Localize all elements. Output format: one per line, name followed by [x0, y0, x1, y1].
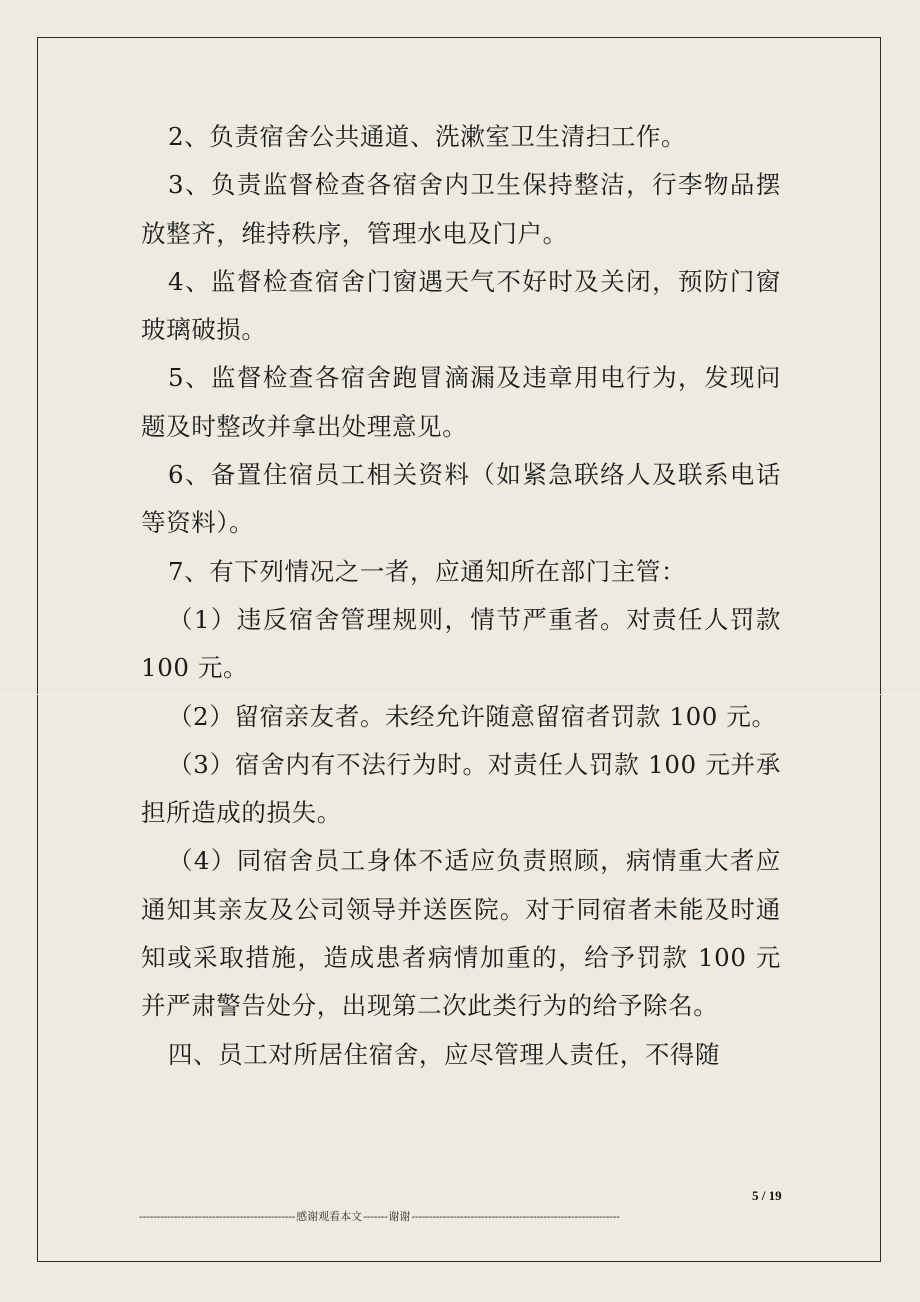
document-body: 2、负责宿舍公共通道、洗漱室卫生清扫工作。 3、负责监督检查各宿舍内卫生保持整洁… — [141, 113, 781, 1079]
paragraph-6: 6、备置住宿员工相关资料（如紧急联络人及联系电话等资料）。 — [141, 451, 781, 548]
footer-dashes-mid: ------- — [363, 1210, 387, 1223]
footer-divider: ----------------------------------------… — [139, 1208, 769, 1224]
sub-item-2: （2）留宿亲友者。未经允许随意留宿者罚款 100 元。 — [141, 693, 781, 741]
paragraph-4: 4、监督检查宿舍门窗遇天气不好时及关闭，预防门窗玻璃破损。 — [141, 258, 781, 355]
sub-item-1: （1）违反宿舍管理规则，情节严重者。对责任人罚款 100 元。 — [141, 596, 781, 693]
page-indicator: 5 / 19 — [752, 1188, 782, 1204]
sub-item-3: （3）宿舍内有不法行为时。对责任人罚款 100 元并承担所造成的损失。 — [141, 741, 781, 838]
footer-dashes-right: ----------------------------------------… — [411, 1210, 619, 1223]
footer-thanks-short: 谢谢 — [388, 1210, 410, 1223]
section-four-paragraph: 四、员工对所居住宿舍，应尽管理人责任，不得随 — [141, 1031, 781, 1079]
sub-item-4: （4）同宿舍员工身体不适应负责照顾，病情重大者应通知其亲友及公司领导并送医院。对… — [141, 837, 781, 1030]
paragraph-5: 5、监督检查各宿舍跑冒滴漏及违章用电行为，发现问题及时整改并拿出处理意见。 — [141, 354, 781, 451]
paragraph-7: 7、有下列情况之一者，应通知所在部门主管： — [141, 548, 781, 596]
footer-thanks-text: 感谢观看本文 — [296, 1210, 362, 1223]
paragraph-2: 2、负责宿舍公共通道、洗漱室卫生清扫工作。 — [141, 113, 781, 161]
paragraph-3: 3、负责监督检查各宿舍内卫生保持整洁，行李物品摆放整齐，维持秩序，管理水电及门户… — [141, 161, 781, 258]
footer-dashes-left: ----------------------------------------… — [139, 1210, 295, 1223]
